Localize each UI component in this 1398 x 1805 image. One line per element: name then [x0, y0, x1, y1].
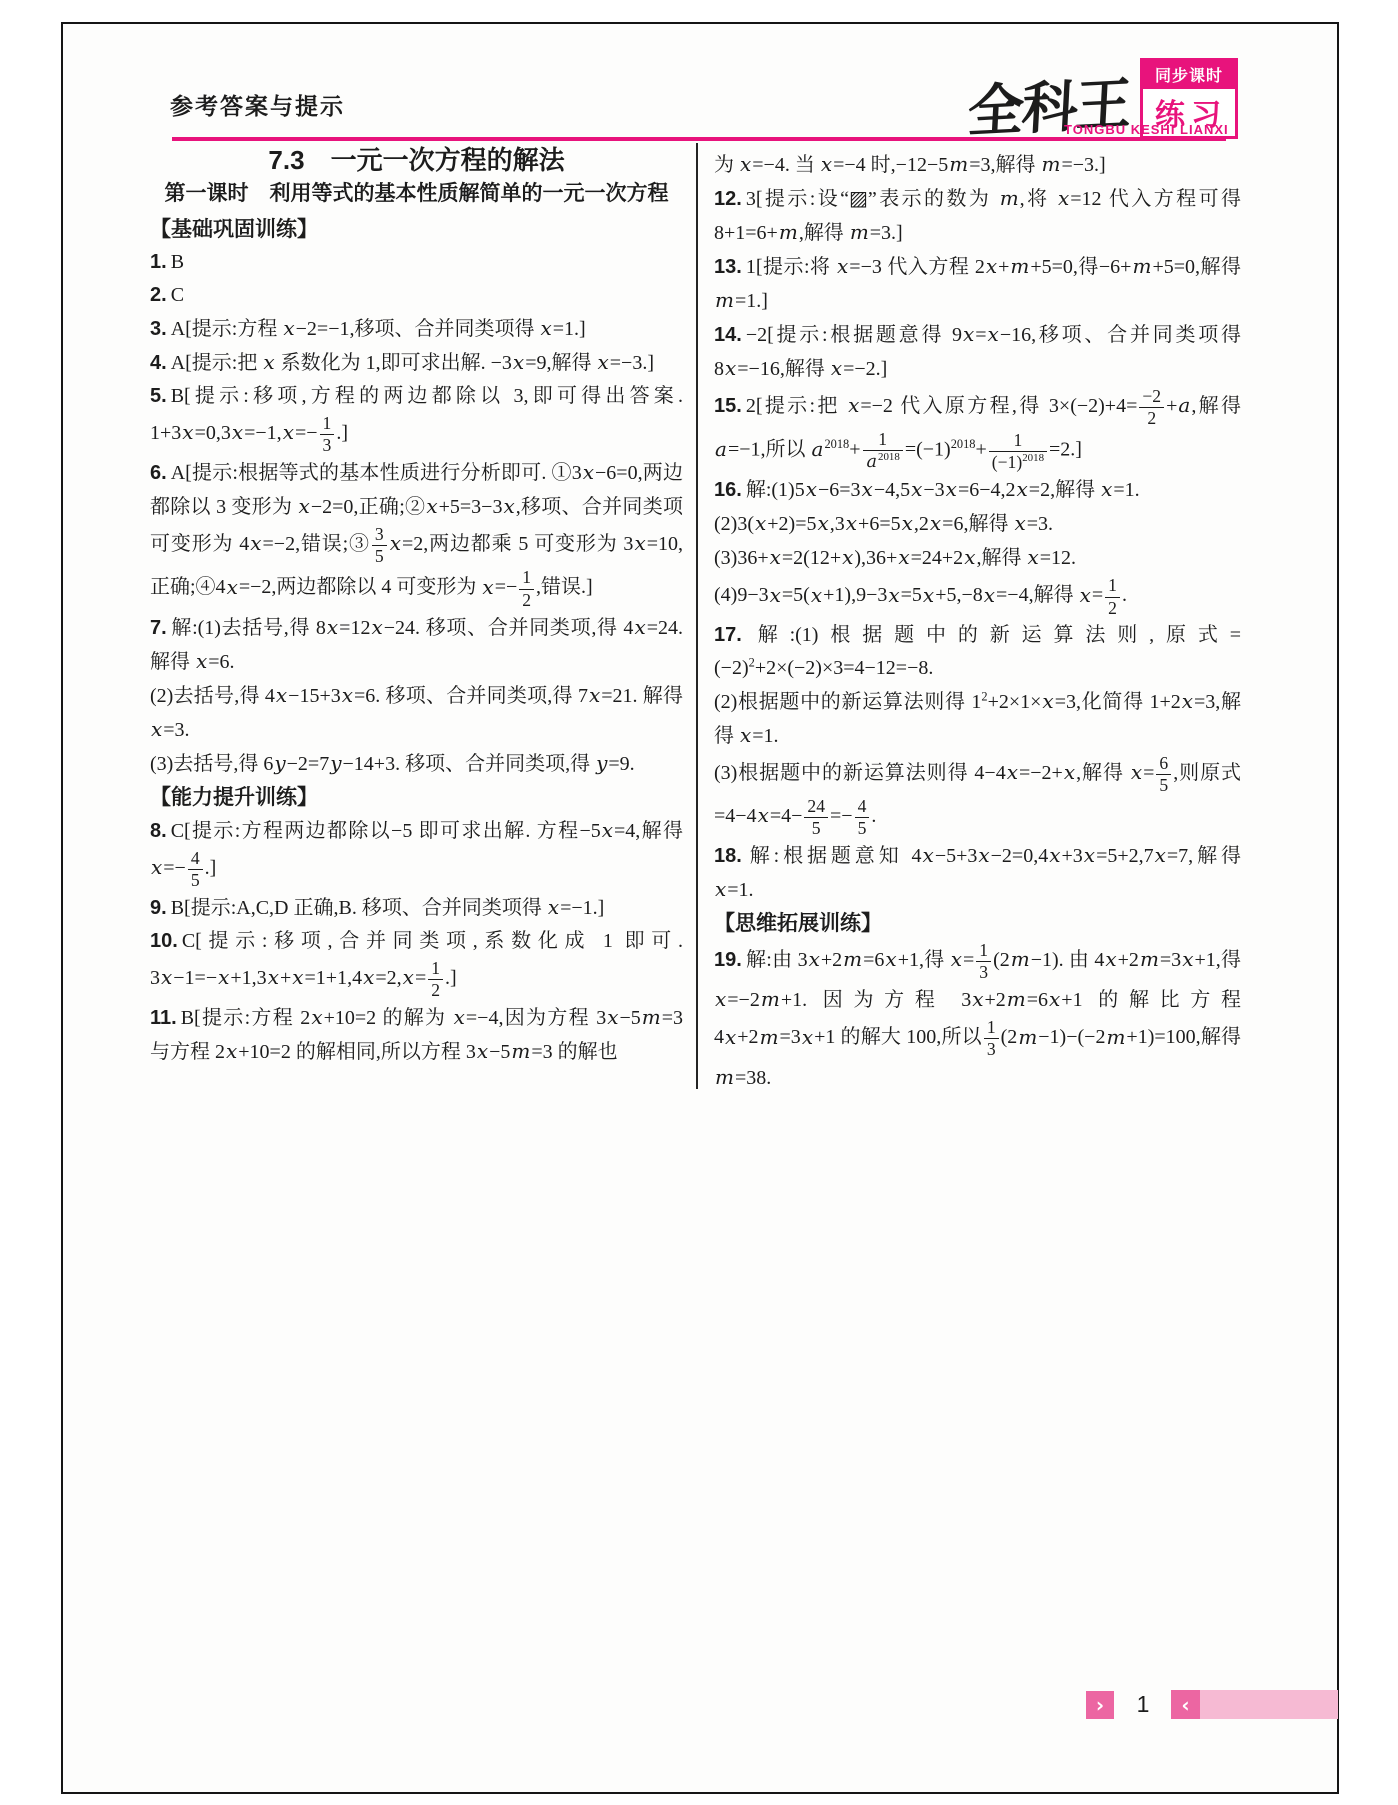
lesson-title: 7.3 一元一次方程的解法: [150, 143, 683, 177]
item-number: 13.: [714, 256, 742, 278]
item-number: 16.: [714, 479, 742, 501]
answer-item: 1. B: [150, 246, 683, 279]
item-number: 12.: [714, 188, 742, 210]
answer-item: 16. 解:(1)5x−6=3x−4,5x−3x=6−4,2x=2,解得 x=1…: [714, 473, 1241, 507]
answer-item: 15. 2[提示:把 x=−2 代入原方程,得 3×(−2)+4=−22+a,解…: [714, 386, 1241, 473]
item-number: 6.: [150, 462, 167, 484]
answer-continuation: (2)根据题中的新运算法则得 12+2×1×x=3,化简得 1+2x=3,解得 …: [714, 685, 1241, 753]
page-header-title: 参考答案与提示: [170, 88, 345, 121]
answer-item: 19. 解:由 3x+2m=6x+1,得 x=13(2m−1). 由 4x+2m…: [714, 940, 1241, 1094]
answer-item: 2. C: [150, 279, 683, 312]
answer-item: 5. B[提示:移项,方程的两边都除以 3,即可得出答案. 1+3x=0,3x=…: [150, 380, 683, 456]
answer-continuation: (2)去括号,得 4x−15+3x=6. 移项、合并同类项,得 7x=21. 解…: [150, 679, 683, 747]
item-number: 8.: [150, 820, 167, 842]
answer-item: 12. 3[提示:设“▨”表示的数为 m,将 x=12 代入方程可得 8+1=6…: [714, 182, 1241, 250]
answer-item: 10. C[提示:移项,合并同类项,系数化成 1 即可. 3x−1=−x+1,3…: [150, 925, 683, 1001]
answer-continuation: (2)3(x+2)=5x,3x+6=5x,2x=6,解得 x=3.: [714, 507, 1241, 541]
header-accent-rule: [172, 137, 1226, 141]
chevron-left-icon: ‹: [1171, 1690, 1200, 1719]
section-heading: 【基础巩固训练】: [150, 213, 683, 246]
item-number: 14.: [714, 324, 742, 346]
answers-left-column: 7.3 一元一次方程的解法 第一课时 利用等式的基本性质解简单的一元一次方程 【…: [150, 143, 683, 1069]
section-heading: 【能力提升训练】: [150, 781, 683, 814]
answer-item: 11. B[提示:方程 2x+10=2 的解为 x=−4,因为方程 3x−5m=…: [150, 1001, 683, 1069]
answer-item: 18. 解:根据题意知 4x−5+3x−2=0,4x+3x=5+2,7x=7,解…: [714, 839, 1241, 907]
item-number: 18.: [714, 845, 742, 867]
answer-item: 6. A[提示:根据等式的基本性质进行分析即可. ①3x−6=0,两边都除以 3…: [150, 456, 683, 610]
lesson-subtitle: 第一课时 利用等式的基本性质解简单的一元一次方程: [150, 179, 683, 209]
item-number: 1.: [150, 251, 167, 273]
next-page-marker: ›: [1086, 1691, 1114, 1719]
section-heading: 【思维拓展训练】: [714, 907, 1241, 940]
answer-item: 7. 解:(1)去括号,得 8x=12x−24. 移项、合并同类项,得 4x=2…: [150, 611, 683, 679]
answer-item: 14. −2[提示:根据题意得 9x=x−16,移项、合并同类项得 8x=−16…: [714, 318, 1241, 386]
answer-continuation: (3)去括号,得 6y−2=7y−14+3. 移项、合并同类项,得 y=9.: [150, 747, 683, 781]
item-number: 17.: [714, 624, 742, 646]
answer-item: 13. 1[提示:将 x=−3 代入方程 2x+m+5=0,得−6+m+5=0,…: [714, 250, 1241, 318]
page-number: 1: [1126, 1691, 1160, 1718]
item-number: 10.: [150, 930, 178, 952]
answer-item: 4. A[提示:把 x 系数化为 1,即可求出解. −3x=9,解得 x=−3.…: [150, 346, 683, 380]
answer-continuation: 为 x=−4. 当 x=−4 时,−12−5m=3,解得 m=−3.]: [714, 148, 1241, 182]
item-number: 19.: [714, 949, 742, 971]
answers-right-column: 为 x=−4. 当 x=−4 时,−12−5m=3,解得 m=−3.]12. 3…: [714, 148, 1241, 1095]
answer-continuation: (4)9−3x=5(x+1),9−3x=5x+5,−8x=−4,解得 x=12.: [714, 575, 1241, 618]
answer-item: 3. A[提示:方程 x−2=−1,移项、合并同类项得 x=1.]: [150, 312, 683, 346]
column-divider: [696, 143, 698, 1089]
answer-continuation: (3)36+x=2(12+x),36+x=24+2x,解得 x=12.: [714, 541, 1241, 575]
answer-item: 17. 解:(1)根据题中的新运算法则,原式=(−2)2+2×(−2)×3=4−…: [714, 619, 1241, 685]
item-number: 4.: [150, 352, 167, 374]
footer-bar-tail: [1200, 1690, 1338, 1719]
chevron-right-icon: ›: [1096, 1693, 1104, 1717]
prev-page-bar: ‹: [1171, 1690, 1338, 1719]
item-number: 2.: [150, 284, 167, 306]
logo-badge-top-label: 同步课时: [1143, 61, 1235, 89]
item-number: 5.: [150, 385, 167, 407]
answer-item: 8. C[提示:方程两边都除以−5 即可求出解. 方程−5x=4,解得 x=−4…: [150, 814, 683, 891]
item-number: 9.: [150, 897, 167, 919]
scanned-answer-page: 参考答案与提示 全科王 同步课时 练习 TONGBU KESHI LIANXI …: [0, 0, 1398, 1805]
answer-item: 9. B[提示:A,C,D 正确,B. 移项、合并同类项得 x=−1.]: [150, 891, 683, 925]
item-number: 11.: [150, 1007, 177, 1029]
logo-subtext: TONGBU KESHI LIANXI: [1064, 122, 1244, 137]
item-number: 15.: [714, 395, 742, 417]
item-number: 3.: [150, 318, 167, 340]
brand-logo: 全科王 同步课时 练习 TONGBU KESHI LIANXI: [968, 58, 1238, 136]
answer-continuation: (3)根据题中的新运算法则得 4−4x=−2+x,解得 x=65,则原式=4−4…: [714, 753, 1241, 839]
item-number: 7.: [150, 617, 167, 639]
